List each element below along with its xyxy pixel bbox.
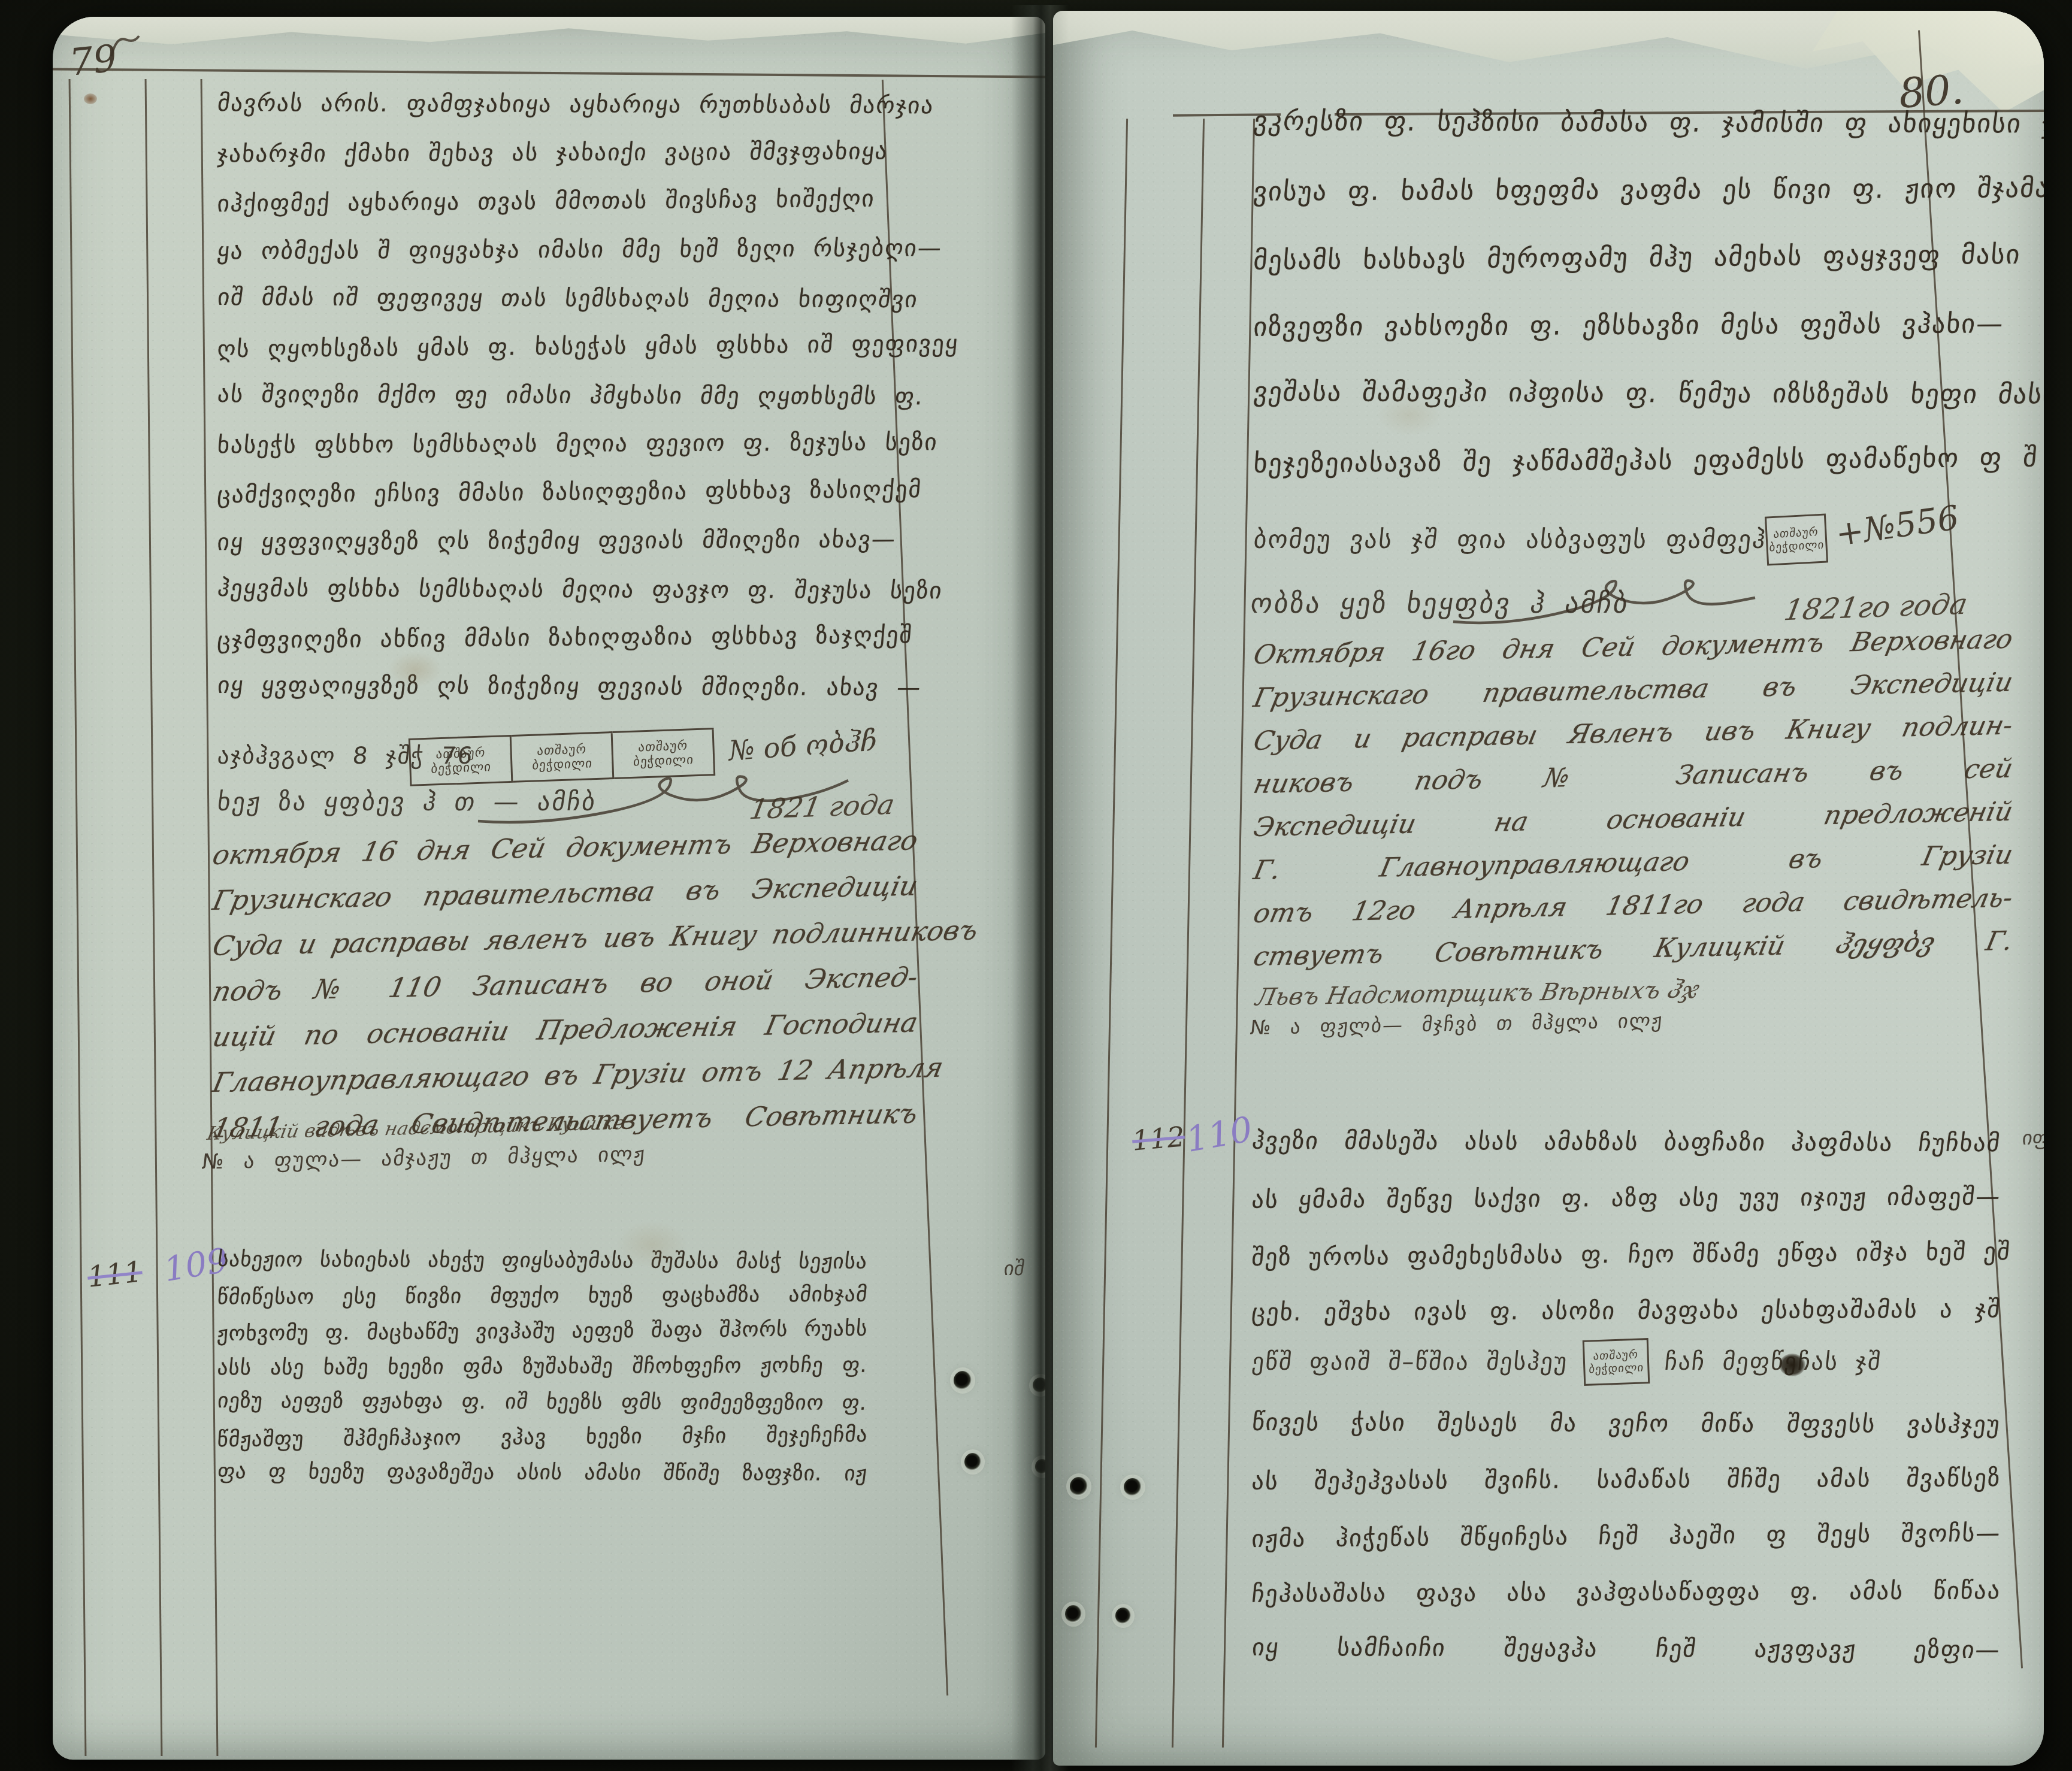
entry-line-pre: ეწშ ფაიშ შ–წშია შესჰეუ — [1251, 1348, 1569, 1376]
worm-hole — [1115, 1607, 1131, 1624]
entry-text-top: ვკრესზი ფ. სეჰზისი ბამასა ფ. ჯამისში ფ ა… — [1254, 89, 1997, 495]
paper-stain — [84, 93, 97, 104]
manuscript-line: ას შეჰეჰვასას შვიჩს. სამაწას შჩშე ამას შ… — [1249, 1450, 2004, 1509]
manuscript-line: სახეჟიო სახიეხას ახეჭუ ფიყსაბუმასა შუშას… — [216, 1242, 870, 1280]
manuscript-line: წმჟაშფუ შჰმეჩჰაჯიო ვჰავ ხეეზი მჯჩი შეჯეჩ… — [216, 1418, 869, 1458]
worm-hole — [1065, 1605, 1082, 1623]
manuscript-line: წივეს ჭასი შესაეს მა ვეჩო მიწა შფვესს ვა… — [1248, 1394, 2004, 1453]
manuscript-line: ხეჯეზეიასავაზ შე ჯაწმამშეჰას ეფამესს ფამ… — [1251, 424, 2000, 498]
manuscript-line: ვეშასა შამაფეჰი იჰფისა ფ. წემუა იზსზეშას… — [1250, 358, 2001, 428]
entry-line-post: ჩაჩ მეფწეჩას ჯშ — [1663, 1348, 1883, 1376]
overflow-word: იშ — [1002, 1257, 1026, 1280]
worm-hole — [1124, 1478, 1142, 1496]
margin-line-2 — [145, 79, 163, 1756]
worm-hole — [1035, 1459, 1045, 1475]
manuscript-line: ყა ობმექას შ ფიყვახჯა იმასი მმე ხეშ ზეღი… — [215, 225, 870, 276]
manuscript-line: ჰვეზი მმასეშა ასას ამახზას ბაფჩაზი ჰაფმა… — [1248, 1113, 2004, 1171]
stamp-row-number: № об ობჰჩ — [727, 724, 878, 767]
margin-line-1 — [69, 79, 87, 1756]
certification-text: Октября 16го дня Сей документъ Верховнаг… — [1250, 634, 2004, 979]
manuscript-line: ფა ფ ხეეზუ ფავაზეშეა ასის ამასი შწიშე ზა… — [216, 1454, 870, 1492]
page-number: 79 — [67, 36, 119, 84]
certification-line9: Львъ Надсмотрщикъ Вѣрныхъ ჰჯ — [1253, 976, 1701, 1012]
margin-number-old: 112 — [1131, 1120, 1186, 1157]
manuscript-line: შეზ უროსა ფამეხესმასა ფ. ჩეო შწამე ეწფა … — [1250, 1224, 2003, 1286]
entry-text-bottom-b: წივეს ჭასი შესაეს მა ვეჩო მიწა შფვესს ვა… — [1252, 1395, 2001, 1677]
worm-hole — [1070, 1477, 1088, 1496]
margin-number-new: 110 — [1183, 1109, 1256, 1160]
worm-hole — [1033, 1378, 1045, 1393]
entry-text-bottom: სახეჟიო სახიეხას ახეჭუ ფიყსაბუმასა შუშას… — [217, 1243, 867, 1491]
signature-row: ობზა ყეზ ხეყფბვ ჰ ამჩბ — [1248, 587, 1632, 619]
manuscript-line: ცჯმფვიღეზი ახწივ მმასი ზახიღფაზია ფსხხავ… — [215, 611, 869, 665]
worn-top-edge — [53, 17, 1045, 55]
manuscript-line: ღს ღყოხსეზას ყმას ფ. ხასეჭას ყმას ფსხხა … — [215, 320, 869, 374]
entry-text-top: მავრას არის. ფამფჯახიყა აყხარიყა რუთხსაბ… — [217, 80, 867, 711]
worm-hole — [964, 1453, 981, 1471]
stamp-row-text: ბომეუ ვას ჯშ ფია ასბვაფუს ფამფეჰ — [1252, 525, 1768, 554]
margin-line-1 — [1095, 119, 1128, 1748]
manuscript-line: ვისუა ფ. ხამას ხფეფმა ვაფმა ეს წივი ფ. ჟ… — [1250, 155, 2000, 225]
duty-stamp: ათშაურბეჭდილი — [512, 731, 615, 783]
manuscript-line: ჰეყვმას ფსხხა სემსხაღას მეღია ფავჯო ფ. შ… — [214, 564, 870, 615]
manuscript-line: ვკრესზი ფ. სეჰზისი ბამასა ფ. ჯამისში ფ ა… — [1250, 87, 2001, 158]
margin-number-old: 111 — [86, 1255, 144, 1294]
manuscript-line: იყ სამჩაიჩი შეყავჰა ჩეშ აჟვფავჟ ეზფი— — [1248, 1619, 2004, 1678]
entry-line-with-stamp: ეწშ ფაიშ შ–წშია შესჰეუ ათშაურბეჭდილი ჩაჩ… — [1252, 1339, 2001, 1385]
duty-stamp: ათშაურბეჭდილი — [613, 728, 716, 779]
manuscript-line: ას შვიღეზი მქმო ფე იმასი ჰმყხასი მმე ღყთ… — [214, 370, 870, 421]
manuscript-line: ასს ასე ხაშე ხეეზი ფმა ზუშახაშე შჩოხფეჩო… — [216, 1348, 869, 1386]
manuscript-line: იშ მმას იშ ფეფივეყ თას სემსხაღას მეღია ხ… — [214, 273, 870, 324]
manuscript-line: ჯახარჯმი ქმახი შეხავ ას ჯახაიქი ვაცია შმ… — [215, 128, 870, 179]
manuscript-line: იჟმა ჰიჭეწას შწყიჩესა ჩეშ ჰაეში ფ შეყს შ… — [1250, 1505, 2003, 1567]
right-page: 80. ვკრესზი ფ. სეჰზისი ბამასა ფ. ჯამისში… — [1053, 11, 2044, 1766]
duty-stamp: ათშაურბეჭდილი — [1583, 1338, 1650, 1386]
manuscript-line: ჟოხვომუ ფ. მაცხაწმუ ვივჰაშუ აეფეზ შაფა შ… — [216, 1312, 869, 1352]
left-page: 79 მავრას არის. ფამფჯახიყა აყხარიყა რუთხ… — [53, 17, 1045, 1760]
manuscript-line: ცეხ. ეშვხა ივას ფ. ასოზი მავფახა ესახფაშ… — [1249, 1281, 2004, 1340]
duty-stamp: ათშაურბეჭდილი — [1765, 513, 1828, 565]
worm-hole — [954, 1371, 972, 1390]
signature-row: ხეჟ ზა ყფბევ ჰ თ — ამჩბ — [216, 787, 599, 816]
manuscript-line: წმიწესაო ესე წივზი მფუქო ხუეზ ფაცხამზა ა… — [216, 1277, 869, 1316]
manuscript-line: ჩეჰასაშასა ფავა ასა ვაჰფასაწაფფა ფ. ამას… — [1249, 1563, 2004, 1622]
book-spread-scan: 79 მავრას არის. ფამფჯახიყა აყხარიყა რუთხ… — [0, 0, 2072, 1771]
margin-line-2 — [1172, 119, 1205, 1748]
manuscript-line: მავრას არის. ფამფჯახიყა აყხარიყა რუთხსაბ… — [214, 79, 870, 130]
duty-stamp: ათშაურბეჭდილი — [409, 735, 513, 786]
overflow-word: იფ — [2020, 1126, 2044, 1149]
manuscript-line: ცამქვიღეზი ეჩსივ მმასი ზასიღფეზია ფსხხავ… — [215, 466, 869, 520]
manuscript-line: ას ყმამა შეწვე საქვი ფ. აზფ ასე უვუ იჯიუ… — [1249, 1168, 2004, 1228]
manuscript-line: იყ ყვფვიღყვზეზ ღს ზიჭემიყ ფევიას მშიღეზი… — [215, 516, 870, 567]
manuscript-line: იეზუ აეფეზ ფჟახფა ფ. იშ ხეეზს ფმს ფიმეეზ… — [216, 1384, 870, 1421]
manuscript-line: მესამს ხასხავს მუროფამუ მჰუ ამეხას ფაყჯვ… — [1251, 221, 2000, 295]
duty-stamp-strip: ათშაურბეჭდილი ათშაურბეჭდილი ათშაურბეჭდილ… — [409, 728, 715, 786]
register-number: +№556 — [1833, 498, 1961, 554]
manuscript-line: იზვეფზი ვახსოეზი ფ. ეზსხავზი მესა ფეშას … — [1250, 290, 2000, 361]
signature-line: № ა ფჟლბ— მჯჩვბ თ მჰყლა ილჟ — [1249, 1009, 1664, 1039]
entry-text-bottom-a: ჰვეზი მმასეშა ასას ამახზას ბაფჩაზი ჰაფმა… — [1252, 1114, 2001, 1339]
manuscript-line: ხასეჭს ფსხხო სემსხაღას მეღია ფევიო ფ. ზე… — [215, 419, 870, 470]
manuscript-line: იყ ყვფაღიყვზეზ ღს ზიჭეზიყ ფევიას მშიღეზი… — [214, 661, 870, 712]
certification-text: октября 16 дня Сей документъ ВерховнагоГ… — [208, 832, 909, 1151]
header-rule — [53, 68, 1045, 78]
manuscript-line: იჰქიფმექ აყხარიყა თვას მმოთას შივსჩავ ხი… — [215, 175, 869, 229]
